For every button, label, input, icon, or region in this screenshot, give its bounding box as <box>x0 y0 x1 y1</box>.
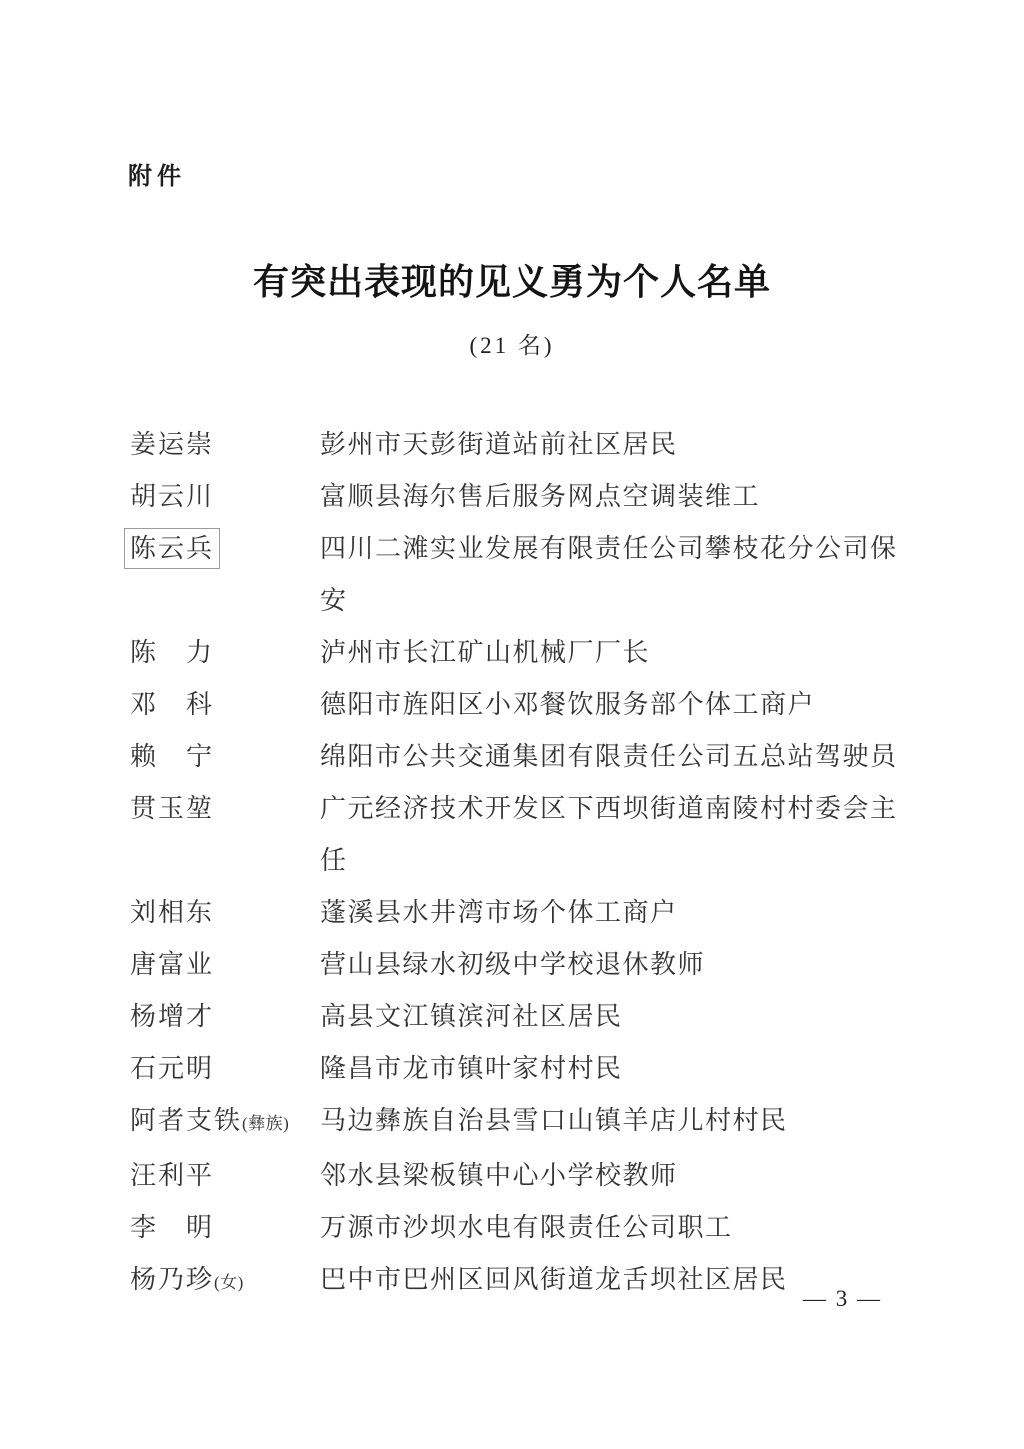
entry-name: 姜运崇 <box>130 430 214 459</box>
entry-description: 四川二滩实业发展有限责任公司攀枝花分公司保安 <box>320 523 902 627</box>
count-subtitle: (21 名) <box>0 327 1024 360</box>
list-entry: 阿者支铁(彝族) 马边彝族自治县雪口山镇羊店儿村村民 <box>130 1095 902 1150</box>
page-number: — 3 — <box>803 1286 882 1312</box>
document-title: 有突出表现的见义勇为个人名单 <box>0 254 1024 305</box>
entry-description: 广元经济技术开发区下西坝街道南陵村村委会主任 <box>320 783 902 887</box>
entry-name-cell: 姜运崇 <box>130 419 320 471</box>
list-entry: 陈 力 泸州市长江矿山机械厂厂长 <box>130 627 902 679</box>
entry-name-cell: 赖 宁 <box>130 731 320 783</box>
list-entry: 杨乃珍(女) 巴中市巴州区回风街道龙舌坝社区居民 <box>130 1254 902 1309</box>
entry-name: 陈云兵 <box>130 534 214 563</box>
list-entry: 姜运崇 彭州市天彭街道站前社区居民 <box>130 419 902 471</box>
entry-name-cell: 陈云兵 <box>130 523 320 575</box>
entry-description: 隆昌市龙市镇叶家村村民 <box>320 1043 902 1095</box>
list-entry: 刘相东 蓬溪县水井湾市场个体工商户 <box>130 887 902 939</box>
entry-description: 彭州市天彭街道站前社区居民 <box>320 419 902 471</box>
entry-name: 李 明 <box>130 1213 214 1242</box>
list-entry: 胡云川 富顺县海尔售后服务网点空调装维工 <box>130 471 902 523</box>
entry-name-cell: 杨增才 <box>130 991 320 1043</box>
entry-name: 陈 力 <box>130 638 214 667</box>
attachment-label: 附件 <box>128 156 186 191</box>
entry-name-cell: 李 明 <box>130 1202 320 1254</box>
recipient-list: 姜运崇 彭州市天彭街道站前社区居民 胡云川 富顺县海尔售后服务网点空调装维工 陈… <box>130 419 902 1309</box>
entry-name: 唐富业 <box>130 950 214 979</box>
entry-name: 汪利平 <box>130 1161 214 1190</box>
entry-description: 马边彝族自治县雪口山镇羊店儿村村民 <box>320 1095 902 1147</box>
list-entry: 石元明 隆昌市龙市镇叶家村村民 <box>130 1043 902 1095</box>
list-entry: 陈云兵 四川二滩实业发展有限责任公司攀枝花分公司保安 <box>130 523 902 627</box>
entry-name: 石元明 <box>130 1054 214 1083</box>
document-page: 附件 有突出表现的见义勇为个人名单 (21 名) 姜运崇 彭州市天彭街道站前社区… <box>0 0 1024 1449</box>
entry-description: 万源市沙坝水电有限责任公司职工 <box>320 1202 902 1254</box>
entry-name-cell: 胡云川 <box>130 471 320 523</box>
list-entry: 汪利平 邻水县梁板镇中心小学校教师 <box>130 1150 902 1202</box>
entry-name-cell: 阿者支铁(彝族) <box>130 1095 320 1150</box>
entry-name: 阿者支铁 <box>130 1106 242 1135</box>
entry-name: 杨乃珍 <box>130 1265 214 1294</box>
entry-name-cell: 唐富业 <box>130 939 320 991</box>
entry-name-cell: 汪利平 <box>130 1150 320 1202</box>
entry-description: 邻水县梁板镇中心小学校教师 <box>320 1150 902 1202</box>
list-entry: 李 明 万源市沙坝水电有限责任公司职工 <box>130 1202 902 1254</box>
entry-name-suffix: (彝族) <box>242 1114 289 1133</box>
entry-name-cell: 刘相东 <box>130 887 320 939</box>
list-entry: 唐富业 营山县绿水初级中学校退休教师 <box>130 939 902 991</box>
entry-description: 绵阳市公共交通集团有限责任公司五总站驾驶员 <box>320 731 902 783</box>
entry-name: 邓 科 <box>130 690 214 719</box>
list-entry: 赖 宁 绵阳市公共交通集团有限责任公司五总站驾驶员 <box>130 731 902 783</box>
entry-name-cell: 石元明 <box>130 1043 320 1095</box>
entry-name: 贯玉堃 <box>130 794 214 823</box>
entry-description: 德阳市旌阳区小邓餐饮服务部个体工商户 <box>320 679 902 731</box>
list-entry: 贯玉堃 广元经济技术开发区下西坝街道南陵村村委会主任 <box>130 783 902 887</box>
entry-name-cell: 贯玉堃 <box>130 783 320 835</box>
entry-name-cell: 陈 力 <box>130 627 320 679</box>
entry-description: 泸州市长江矿山机械厂厂长 <box>320 627 902 679</box>
entry-description: 营山县绿水初级中学校退休教师 <box>320 939 902 991</box>
entry-name: 胡云川 <box>130 482 214 511</box>
list-entry: 杨增才 高县文江镇滨河社区居民 <box>130 991 902 1043</box>
entry-name-cell: 邓 科 <box>130 679 320 731</box>
entry-description: 蓬溪县水井湾市场个体工商户 <box>320 887 902 939</box>
list-entry: 邓 科 德阳市旌阳区小邓餐饮服务部个体工商户 <box>130 679 902 731</box>
entry-name: 赖 宁 <box>130 742 214 771</box>
entry-name: 刘相东 <box>130 898 214 927</box>
entry-name: 杨增才 <box>130 1002 214 1031</box>
entry-name-cell: 杨乃珍(女) <box>130 1254 320 1309</box>
entry-name-suffix: (女) <box>214 1273 244 1292</box>
entry-description: 富顺县海尔售后服务网点空调装维工 <box>320 471 902 523</box>
entry-description: 高县文江镇滨河社区居民 <box>320 991 902 1043</box>
